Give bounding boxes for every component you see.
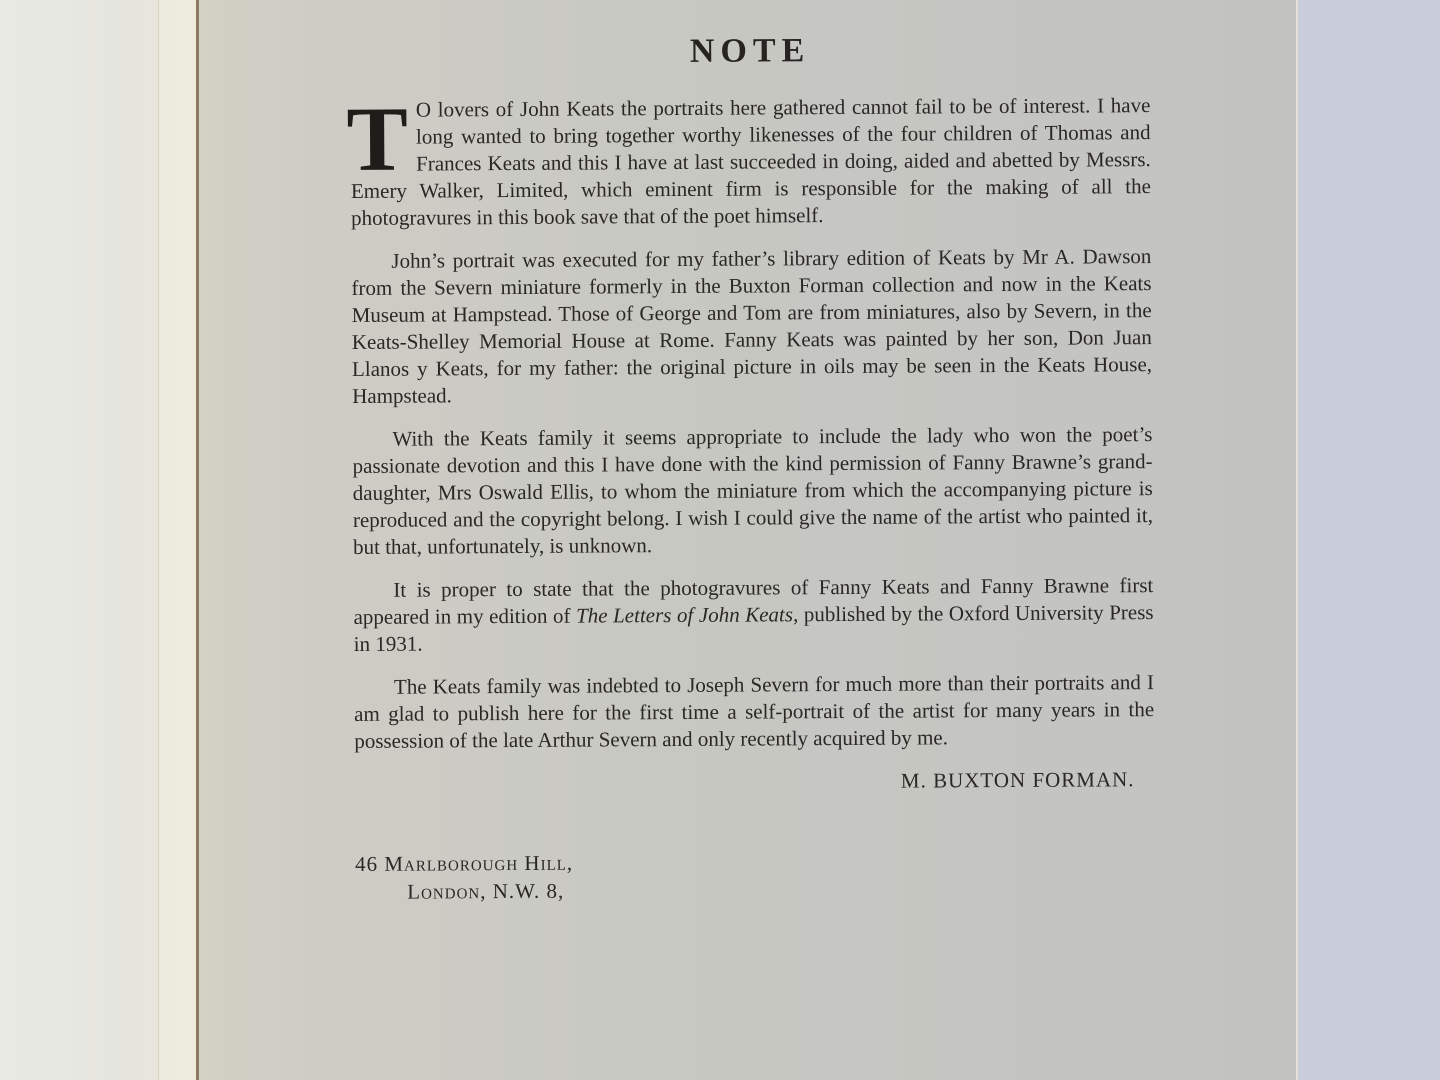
drop-cap: T <box>346 101 408 177</box>
book-title-italic: The Letters of John Keats <box>576 602 793 627</box>
paragraph-5: The Keats family was indebted to Joseph … <box>354 669 1154 755</box>
paragraph-1: T O lovers of John Keats the portraits h… <box>350 92 1151 232</box>
page-title: NOTE <box>350 35 1150 67</box>
author-signature: M. BUXTON FORMAN. <box>354 766 1134 798</box>
note-content: NOTE T O lovers of John Keats the portra… <box>350 35 1155 906</box>
paragraph-4: It is proper to state that the photograv… <box>353 572 1153 658</box>
paragraph-1-text: O lovers of John Keats the portraits her… <box>351 93 1151 230</box>
address-line-2: London, N.W. 8, <box>355 873 1155 906</box>
address-block: 46 Marlborough Hill, London, N.W. 8, <box>355 845 1155 906</box>
paragraph-2: John’s portrait was executed for my fath… <box>351 243 1152 410</box>
flyleaf-edge <box>158 0 199 1080</box>
paragraph-3: With the Keats family it seems appropria… <box>352 421 1153 561</box>
background-surface <box>1296 0 1440 1080</box>
facing-blank-page <box>0 0 158 1080</box>
